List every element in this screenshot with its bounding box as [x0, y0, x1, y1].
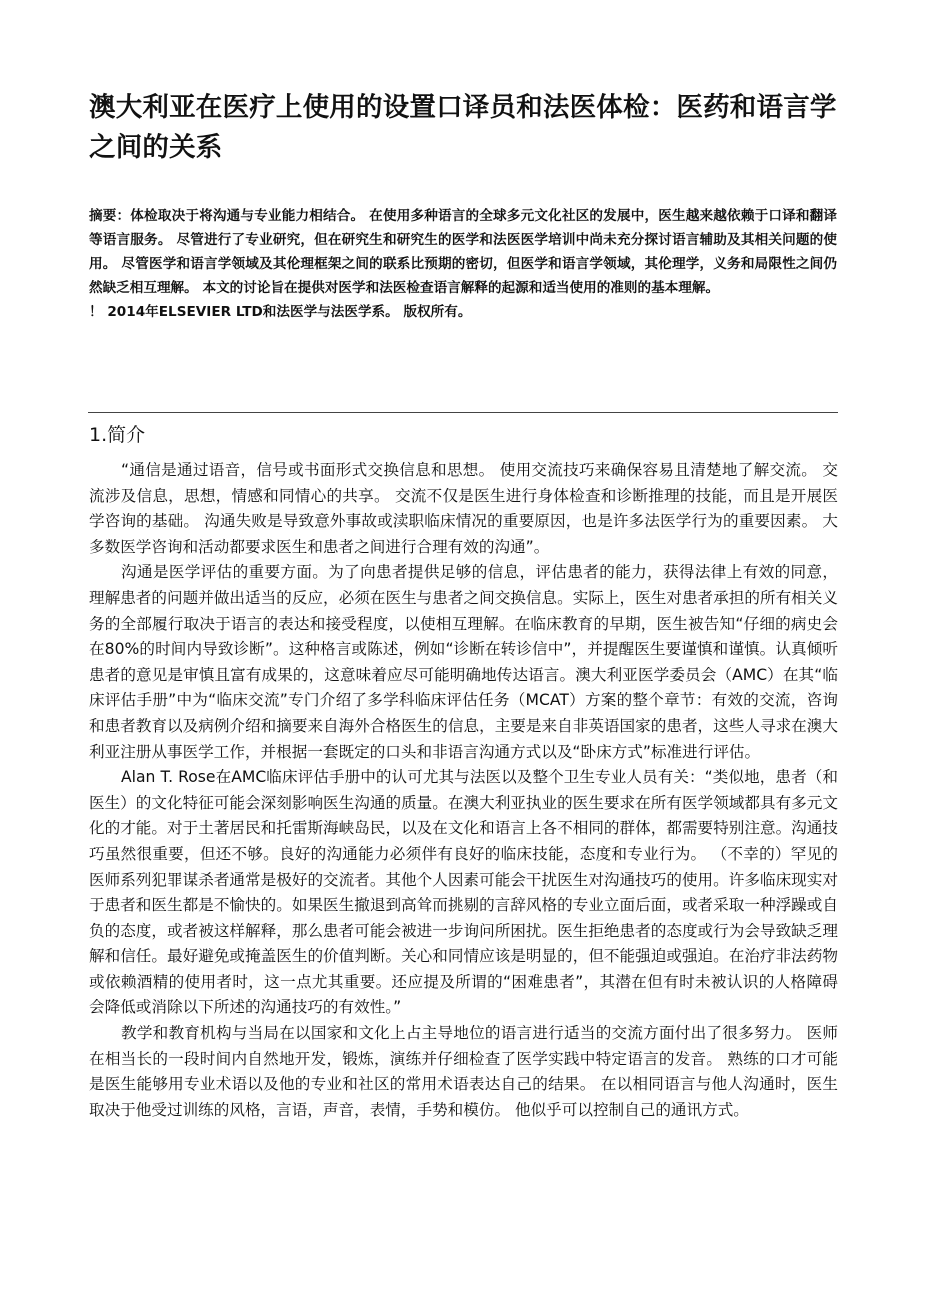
body-paragraph: 沟通是医学评估的重要方面。为了向患者提供足够的信息，评估患者的能力，获得法律上有… [89, 560, 838, 765]
body-paragraph: “通信是通过语音，信号或书面形式交换信息和思想。 使用交流技巧来确保容易且清楚地… [89, 458, 838, 560]
abstract-block: 摘要：体检取决于将沟通与专业能力相结合。 在使用多种语言的全球多元文化社区的发展… [89, 204, 837, 324]
body-paragraph: 教学和教育机构与当局在以国家和文化上占主导地位的语言进行适当的交流方面付出了很多… [89, 1021, 838, 1123]
section-divider [88, 412, 838, 413]
section-body: “通信是通过语音，信号或书面形式交换信息和思想。 使用交流技巧来确保容易且清楚地… [89, 458, 838, 1123]
paper-title: 澳大利亚在医疗上使用的设置口译员和法医体检：医药和语言学之间的关系 [89, 88, 839, 168]
document-page: 澳大利亚在医疗上使用的设置口译员和法医体检：医药和语言学之间的关系 摘要：体检取… [0, 0, 925, 1309]
section-heading: 1.简介 [89, 421, 145, 449]
copyright-notice: ！ 2014年ELSEVIER LTD和法医学与法医学系。 版权所有。 [89, 300, 837, 324]
abstract-text: 摘要：体检取决于将沟通与专业能力相结合。 在使用多种语言的全球多元文化社区的发展… [89, 204, 837, 300]
body-paragraph: Alan T. Rose在AMC临床评估手册中的认可尤其与法医以及整个卫生专业人… [89, 765, 838, 1021]
